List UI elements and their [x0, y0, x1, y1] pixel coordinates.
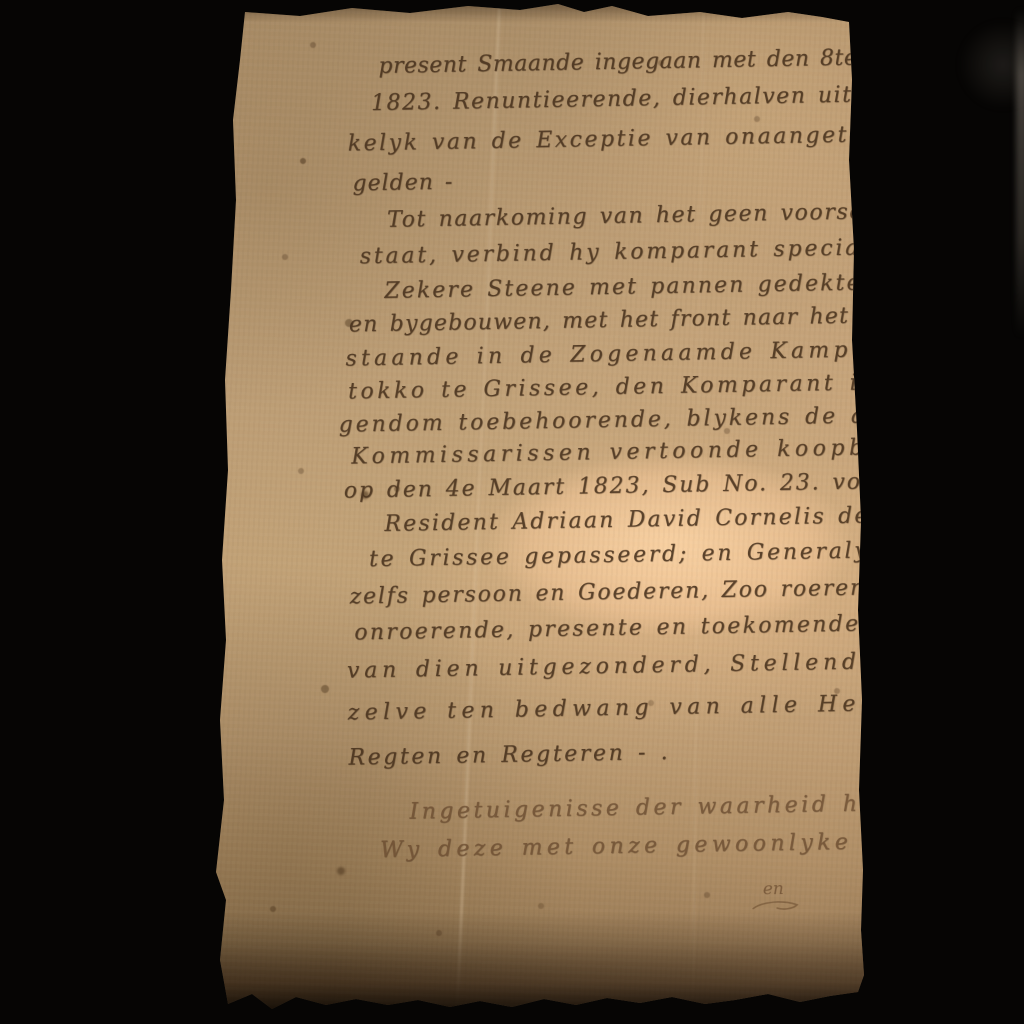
manuscript-line: gendom toebehoorende, blykens de aan ons	[339, 404, 961, 437]
handwritten-text-block: present Smaande ingegaan met den 8te Maa…	[0, 0, 1024, 1024]
manuscript-page: present Smaande ingegaan met den 8te Maa…	[0, 0, 1024, 1024]
photo-light-glow	[958, 20, 1024, 110]
manuscript-line: Zekere Steene met pannen gedekte wooning	[384, 270, 983, 302]
manuscript-line: zelfs persoon en Goederen, Zoo roerende …	[350, 576, 946, 608]
catchword-flourish	[749, 897, 801, 914]
manuscript-line: zelve ten bedwang van alle Heeren	[348, 692, 934, 724]
foxing-spots	[0, 0, 6, 6]
manuscript-line: Resident Adriaan David Cornelis de Groot	[384, 504, 956, 536]
manuscript-line: kelyk van de Exceptie van onaangetelde	[348, 124, 907, 156]
manuscript-line: te Grissee gepasseerd; en Generalyk des	[369, 539, 945, 571]
manuscript-line: onroerende, presente en toekomende, geen…	[354, 612, 961, 645]
manuscript-line: present Smaande ingegaan met den 8te Maa…	[378, 46, 938, 78]
manuscript-line: tokko te Grissee, den Komparant in ei	[348, 372, 919, 404]
manuscript-line: staande in de Zogenaamde Kampong Mon	[345, 337, 982, 370]
photograph-of-manuscript: present Smaande ingegaan met den 8te Maa…	[0, 0, 1024, 1024]
manuscript-line: Regten en Regteren - .	[348, 742, 670, 770]
manuscript-line: Wy deze met onze gewoonlyke Zegels	[380, 830, 967, 862]
manuscript-line: Kommissarissen vertoonde koopbrief	[351, 436, 924, 468]
manuscript-line: Tot naarkoming van het geen voorschreven	[387, 200, 950, 232]
manuscript-line: Ingetuigenisse der waarheid hebben	[409, 792, 946, 823]
manuscript-line: staat, verbind hy komparant speciaalyk	[360, 237, 919, 269]
catchword-text: en	[763, 879, 784, 899]
manuscript-line: gelden -	[352, 172, 453, 196]
manuscript-line: en bygebouwen, met het front naar het no…	[349, 304, 970, 337]
manuscript-line: 1823. Renuntieerende, dierhalven uitdruk	[371, 84, 911, 115]
manuscript-line: op den 4e Maart 1823, Sub No. 23. voor d…	[344, 470, 949, 503]
catchword: en	[763, 879, 802, 914]
manuscript-line: van dien uitgezonderd, Stellende de	[347, 650, 931, 682]
